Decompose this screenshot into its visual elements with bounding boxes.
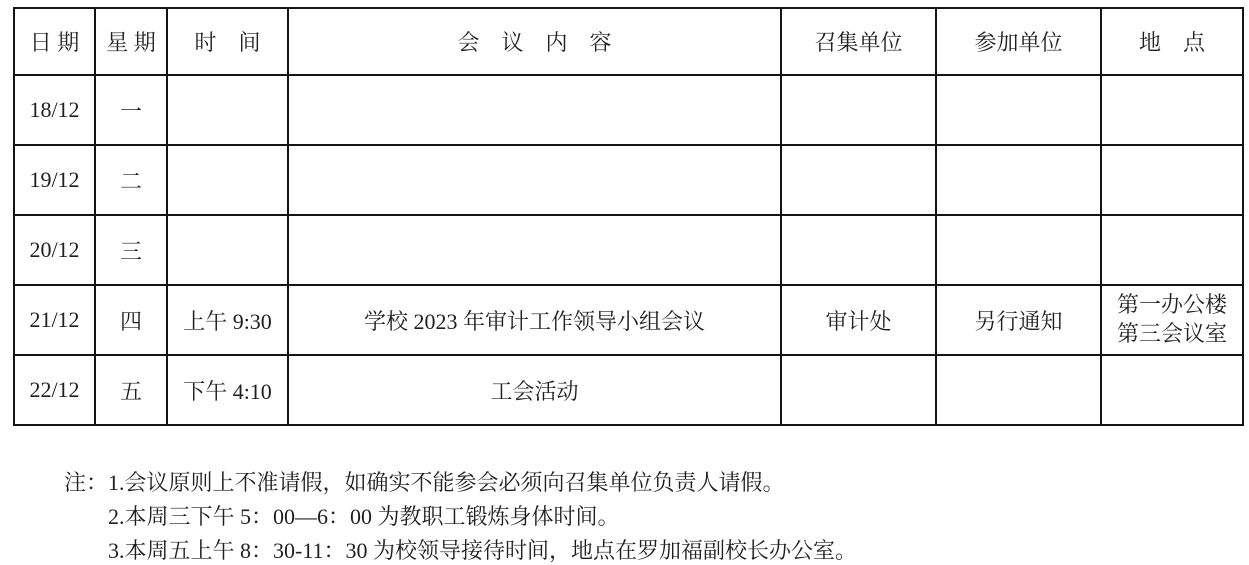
cell-time: 下午 4:10 bbox=[167, 355, 288, 425]
cell-location bbox=[1101, 215, 1243, 285]
note-line-1: 注：1.会议原则上不准请假，如确实不能参会必须向召集单位负责人请假。 bbox=[64, 466, 857, 500]
cell-convener: 审计处 bbox=[781, 285, 936, 355]
cell-location: 第一办公楼 第三会议室 bbox=[1101, 285, 1243, 355]
cell-content: 工会活动 bbox=[288, 355, 781, 425]
col-header-time: 时 间 bbox=[167, 8, 288, 75]
col-header-location: 地 点 bbox=[1101, 8, 1243, 75]
note-item: 1.会议原则上不准请假，如确实不能参会必须向召集单位负责人请假。 bbox=[108, 470, 785, 495]
table-row: 20/12 三 bbox=[14, 215, 1243, 285]
notes-section: 注：1.会议原则上不准请假，如确实不能参会必须向召集单位负责人请假。 2.本周三… bbox=[64, 466, 857, 565]
cell-content bbox=[288, 215, 781, 285]
col-header-convener: 召集单位 bbox=[781, 8, 936, 75]
table-row: 18/12 一 bbox=[14, 75, 1243, 145]
note-line-2: 2.本周三下午 5：00—6：00 为教职工锻炼身体时间。 bbox=[108, 500, 857, 534]
note-item: 3.本周五上午 8：30-11：30 为校领导接待时间，地点在罗加福副校长办公室… bbox=[108, 538, 857, 563]
cell-location bbox=[1101, 355, 1243, 425]
note-line-3: 3.本周五上午 8：30-11：30 为校领导接待时间，地点在罗加福副校长办公室… bbox=[108, 534, 857, 565]
cell-time bbox=[167, 75, 288, 145]
table-row: 19/12 二 bbox=[14, 145, 1243, 215]
cell-content bbox=[288, 75, 781, 145]
cell-participants: 另行通知 bbox=[936, 285, 1101, 355]
table-row: 22/12 五 下午 4:10 工会活动 bbox=[14, 355, 1243, 425]
cell-convener bbox=[781, 215, 936, 285]
notes-prefix: 注： bbox=[64, 470, 108, 495]
cell-weekday: 二 bbox=[95, 145, 167, 215]
cell-convener bbox=[781, 75, 936, 145]
cell-date: 19/12 bbox=[14, 145, 95, 215]
cell-weekday: 四 bbox=[95, 285, 167, 355]
table-row: 21/12 四 上午 9:30 学校 2023 年审计工作领导小组会议 审计处 … bbox=[14, 285, 1243, 355]
meeting-schedule-table: 日 期 星 期 时 间 会 议 内 容 召集单位 参加单位 地 点 18/12 … bbox=[13, 7, 1244, 426]
cell-weekday: 三 bbox=[95, 215, 167, 285]
col-header-content: 会 议 内 容 bbox=[288, 8, 781, 75]
cell-content bbox=[288, 145, 781, 215]
cell-weekday: 五 bbox=[95, 355, 167, 425]
cell-content: 学校 2023 年审计工作领导小组会议 bbox=[288, 285, 781, 355]
cell-date: 21/12 bbox=[14, 285, 95, 355]
cell-location bbox=[1101, 75, 1243, 145]
cell-time: 上午 9:30 bbox=[167, 285, 288, 355]
cell-participants bbox=[936, 75, 1101, 145]
cell-date: 20/12 bbox=[14, 215, 95, 285]
cell-location bbox=[1101, 145, 1243, 215]
col-header-participants: 参加单位 bbox=[936, 8, 1101, 75]
cell-convener bbox=[781, 145, 936, 215]
cell-time bbox=[167, 145, 288, 215]
cell-participants bbox=[936, 215, 1101, 285]
cell-participants bbox=[936, 355, 1101, 425]
header-row: 日 期 星 期 时 间 会 议 内 容 召集单位 参加单位 地 点 bbox=[14, 8, 1243, 75]
cell-convener bbox=[781, 355, 936, 425]
document-page: 日 期 星 期 时 间 会 议 内 容 召集单位 参加单位 地 点 18/12 … bbox=[0, 0, 1249, 565]
cell-participants bbox=[936, 145, 1101, 215]
cell-date: 18/12 bbox=[14, 75, 95, 145]
note-item: 2.本周三下午 5：00—6：00 为教职工锻炼身体时间。 bbox=[108, 504, 620, 529]
cell-date: 22/12 bbox=[14, 355, 95, 425]
col-header-date: 日 期 bbox=[14, 8, 95, 75]
cell-weekday: 一 bbox=[95, 75, 167, 145]
col-header-weekday: 星 期 bbox=[95, 8, 167, 75]
cell-time bbox=[167, 215, 288, 285]
